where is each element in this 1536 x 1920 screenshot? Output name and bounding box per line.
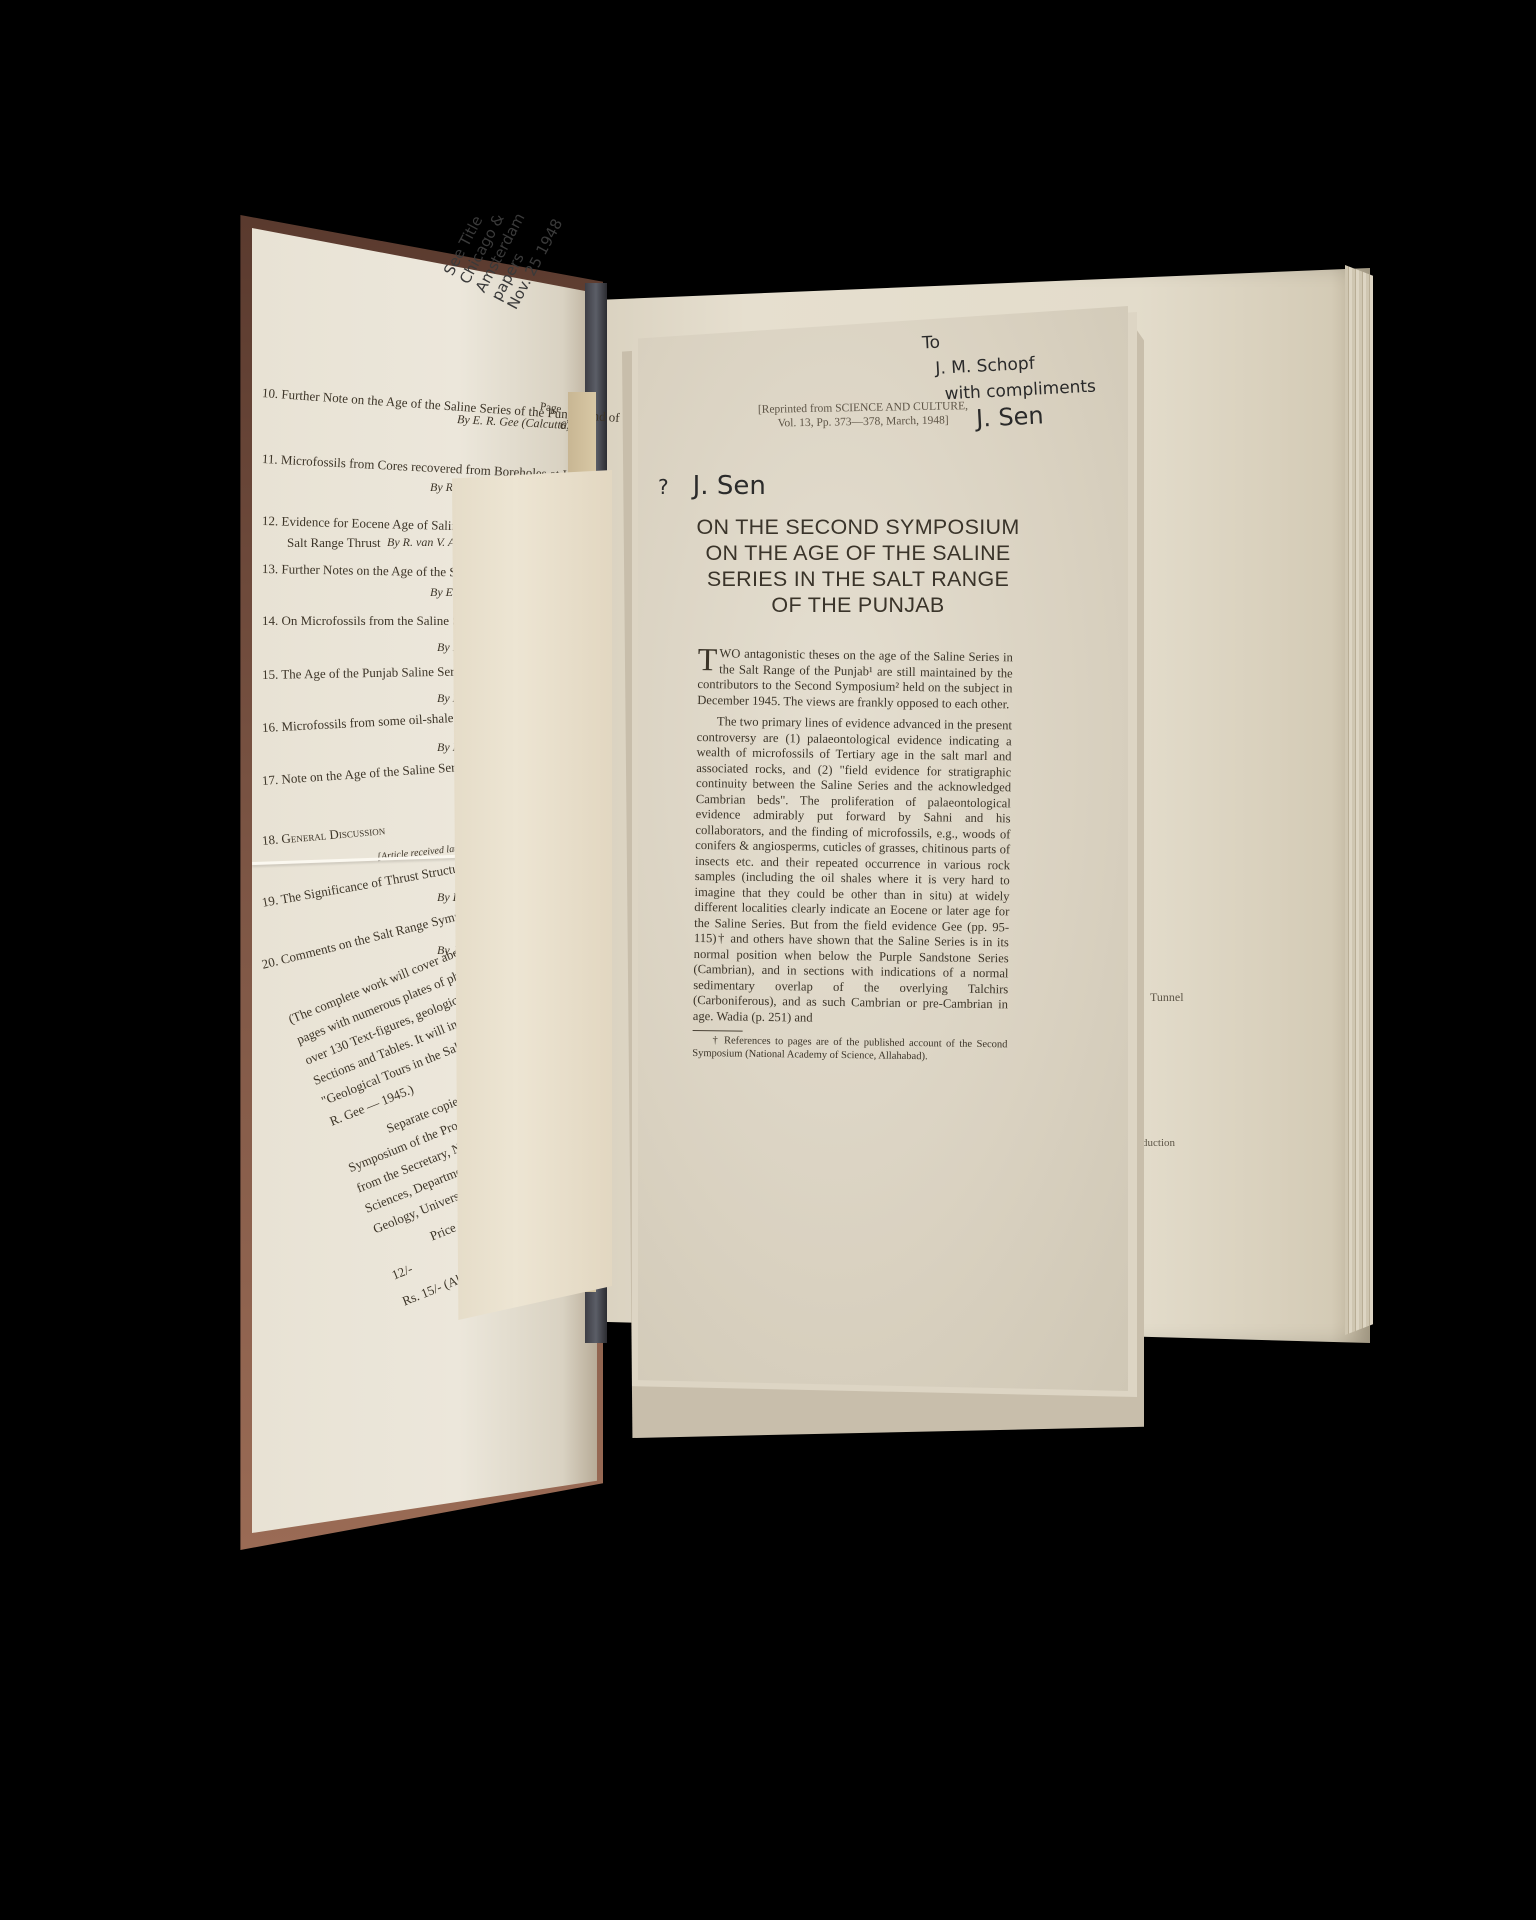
photo-scene: Tunnel duction See Title Chicago & Amste… <box>0 0 1536 1920</box>
handwritten-author: ?J. Sen <box>658 471 766 501</box>
inserted-envelope <box>452 470 612 1320</box>
paragraph-2: The two primary lines of evidence advanc… <box>693 714 1012 1028</box>
drop-cap: T <box>698 646 718 672</box>
footnote-divider <box>693 1030 743 1032</box>
article-body: TWO antagonistic theses on the age of th… <box>692 646 1013 1070</box>
footnote: † References to pages are of the publish… <box>692 1035 1007 1064</box>
right-page-partial-text: duction <box>1142 1137 1175 1149</box>
toc-item-continued: Salt Range Thrust <box>287 535 381 551</box>
right-page-partial-text: Tunnel <box>1150 990 1184 1005</box>
paragraph-1: TWO antagonistic theses on the age of th… <box>697 646 1013 712</box>
article-title: ON THE SECOND SYMPOSIUM ON THE AGE OF TH… <box>693 514 1023 618</box>
book-page-edges <box>1345 265 1373 1335</box>
toc-item: 14. On Microfossils from the Saline Seri… <box>262 613 484 629</box>
offprint-content: [Reprinted from SCIENCE AND CULTURE, Vol… <box>638 306 1128 1391</box>
handwritten-inscription: To J. M. Schopf with compliments J. Sen <box>921 322 1098 435</box>
signature: J. Sen <box>975 399 1098 431</box>
